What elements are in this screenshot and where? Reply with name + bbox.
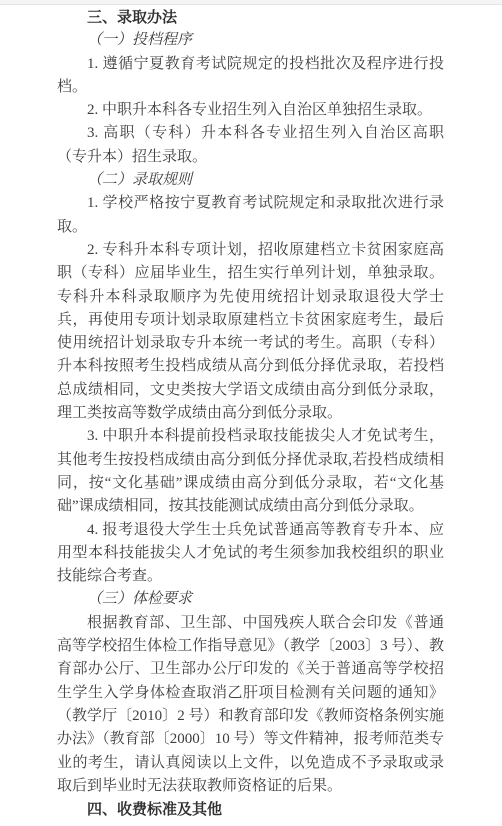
subheading-admission-rules: （二）录取规则 <box>57 169 444 192</box>
paragraph-rules-item-3: 3. 中职升本科提前投档录取技能拔尖人才免试考生，其他考生按投档成绩由高分到低分… <box>57 425 444 518</box>
paragraph-rules-item-2: 2. 专科升本科专项计划，招收原建档立卡贫困家庭高职（专科）应届毕业生，招生实行… <box>57 239 444 425</box>
paragraph-physical-exam-detail: 根据教育部、卫生部、中国残疾人联合会印发《普通高等学校招生体检工作指导意见》（教… <box>57 612 444 798</box>
paragraph-filing-item-1: 1. 遵循宁夏教育考试院规定的投档批次及程序进行投档。 <box>57 53 444 100</box>
section-heading-fees: 四、收费标准及其他 <box>57 798 444 821</box>
paragraph-filing-item-3: 3. 高职（专科）升本科各专业招生列入自治区高职（专升本）招生录取。 <box>57 122 444 169</box>
subheading-filing-procedure: （一）投档程序 <box>57 29 444 52</box>
paragraph-rules-item-1: 1. 学校严格按宁夏教育考试院规定和录取批次进行录取。 <box>57 192 444 239</box>
paragraph-rules-item-4: 4. 报考退役大学生士兵免试普通高等教育专升本、应用型本科技能拔尖人才免试的考生… <box>57 519 444 589</box>
document-page: 三、录取办法 （一）投档程序 1. 遵循宁夏教育考试院规定的投档批次及程序进行投… <box>0 0 502 826</box>
paragraph-filing-item-2: 2. 中职升本科各专业招生列入自治区单独招生录取。 <box>57 99 444 122</box>
section-heading-admission-method: 三、录取办法 <box>57 6 444 29</box>
page-top-edge <box>0 0 502 5</box>
subheading-physical-exam: （三）体检要求 <box>57 588 444 611</box>
document-body: 三、录取办法 （一）投档程序 1. 遵循宁夏教育考试院规定的投档批次及程序进行投… <box>57 6 444 821</box>
